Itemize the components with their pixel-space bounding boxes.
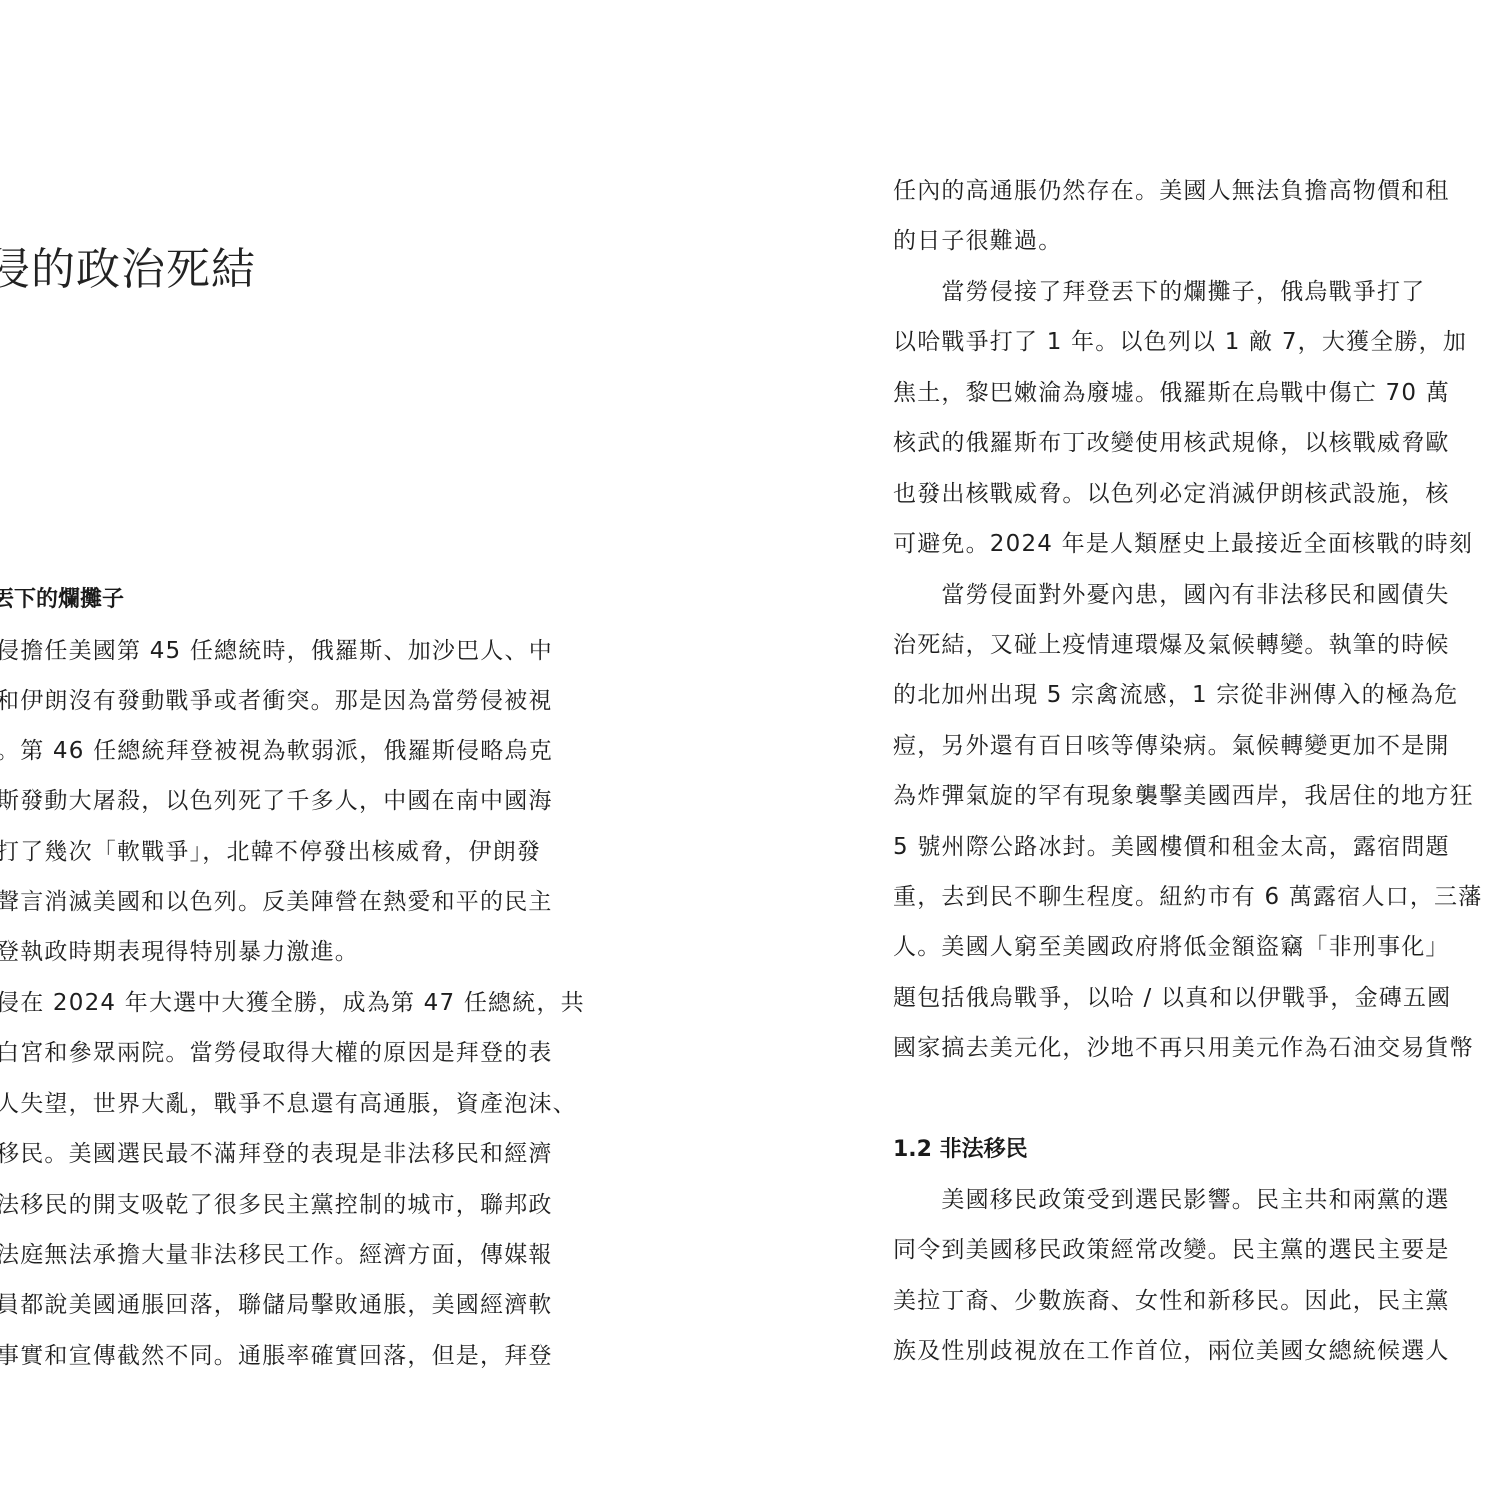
text-line: 侵在 2024 年大選中大獲全勝，成為第 47 任總統，共 bbox=[0, 988, 585, 1018]
text-line: 可避免。2024 年是人類歷史上最接近全面核戰的時刻 bbox=[893, 529, 1473, 559]
text-line: 重，去到民不聊生程度。紐約市有 6 萬露宿人口，三藩 bbox=[893, 882, 1482, 912]
text-line: 為炸彈氣旋的罕有現象襲擊美國西岸，我居住的地方狂 bbox=[893, 781, 1474, 811]
text-line: 斯發動大屠殺，以色列死了千多人，中國在南中國海 bbox=[0, 786, 553, 816]
section-heading: 丟下的爛攤子 bbox=[0, 585, 124, 615]
text-line: 美國移民政策受到選民影響。民主共和兩黨的選 bbox=[893, 1185, 1450, 1215]
text-line: 以哈戰爭打了 1 年。以色列以 1 敵 7，大獲全勝，加 bbox=[893, 327, 1467, 357]
text-line: 移民。美國選民最不滿拜登的表現是非法移民和經濟 bbox=[0, 1139, 553, 1169]
text-line: 核武的俄羅斯布丁改變使用核武規條，以核戰威脅歐 bbox=[893, 428, 1450, 458]
text-line: 也發出核戰威脅。以色列必定消滅伊朗核武設施，核 bbox=[893, 479, 1450, 509]
text-line: 員都說美國通脹回落，聯儲局擊敗通脹，美國經濟軟 bbox=[0, 1290, 553, 1320]
text-line: 同令到美國移民政策經常改變。民主黨的選民主要是 bbox=[893, 1235, 1450, 1265]
chapter-title: 侵的政治死結 bbox=[0, 240, 256, 300]
text-line: 5 號州際公路冰封。美國樓價和租金太高，露宿問題 bbox=[893, 832, 1450, 862]
text-line: 的日子很難過。 bbox=[893, 226, 1062, 256]
section-heading: 1.2 非法移民 bbox=[893, 1135, 1028, 1165]
text-line: 人。美國人窮至美國政府將低金額盜竊「非刑事化」 bbox=[893, 932, 1450, 962]
text-line: 人失望，世界大亂，戰爭不息還有高通脹，資產泡沫、 bbox=[0, 1089, 577, 1119]
text-line: 侵擔任美國第 45 任總統時，俄羅斯、加沙巴人、中 bbox=[0, 636, 553, 666]
text-line: 當勞侵面對外憂內患，國內有非法移民和國債失 bbox=[893, 580, 1450, 610]
text-line: 法移民的開支吸乾了很多民主黨控制的城市，聯邦政 bbox=[0, 1190, 553, 1220]
text-line: 族及性別歧視放在工作首位，兩位美國女總統候選人 bbox=[893, 1336, 1450, 1366]
text-line: 和伊朗沒有發動戰爭或者衝突。那是因為當勞侵被視 bbox=[0, 686, 553, 716]
right-page: 任內的高通脹仍然存在。美國人無法負擔高物價和租 的日子很難過。 當勞侵接了拜登丟… bbox=[893, 0, 1500, 1500]
text-line: 任內的高通脹仍然存在。美國人無法負擔高物價和租 bbox=[893, 176, 1450, 206]
text-line: 焦土，黎巴嫩淪為廢墟。俄羅斯在烏戰中傷亡 70 萬 bbox=[893, 378, 1450, 408]
text-line: 打了幾次「軟戰爭」，北韓不停發出核威脅，伊朗發 bbox=[0, 837, 541, 867]
text-line: 當勞侵接了拜登丟下的爛攤子，俄烏戰爭打了 bbox=[893, 277, 1425, 307]
text-line: 。第 46 任總統拜登被視為軟弱派，俄羅斯侵略烏克 bbox=[0, 736, 553, 766]
text-line: 事實和宣傳截然不同。通脹率確實回落，但是，拜登 bbox=[0, 1341, 553, 1371]
text-line: 白宮和參眾兩院。當勞侵取得大權的原因是拜登的表 bbox=[0, 1038, 553, 1068]
text-line: 題包括俄烏戰爭，以哈 / 以真和以伊戰爭，金磚五國 bbox=[893, 983, 1451, 1013]
text-line: 登執政時期表現得特別暴力激進。 bbox=[0, 937, 359, 967]
text-line: 痘，另外還有百日咳等傳染病。氣候轉變更加不是開 bbox=[893, 731, 1450, 761]
text-line: 治死結，又碰上疫情連環爆及氣候轉變。執筆的時候 bbox=[893, 630, 1450, 660]
text-line: 美拉丁裔、少數族裔、女性和新移民。因此，民主黨 bbox=[893, 1286, 1450, 1316]
text-line: 法庭無法承擔大量非法移民工作。經濟方面，傳媒報 bbox=[0, 1240, 553, 1270]
left-page: 侵的政治死結 丟下的爛攤子 侵擔任美國第 45 任總統時，俄羅斯、加沙巴人、中 … bbox=[0, 0, 612, 1500]
text-line: 的北加州出現 5 宗禽流感，1 宗從非洲傳入的極為危 bbox=[893, 680, 1458, 710]
text-line: 聲言消滅美國和以色列。反美陣營在熱愛和平的民主 bbox=[0, 887, 553, 917]
text-line: 國家搞去美元化，沙地不再只用美元作為石油交易貨幣 bbox=[893, 1033, 1474, 1063]
